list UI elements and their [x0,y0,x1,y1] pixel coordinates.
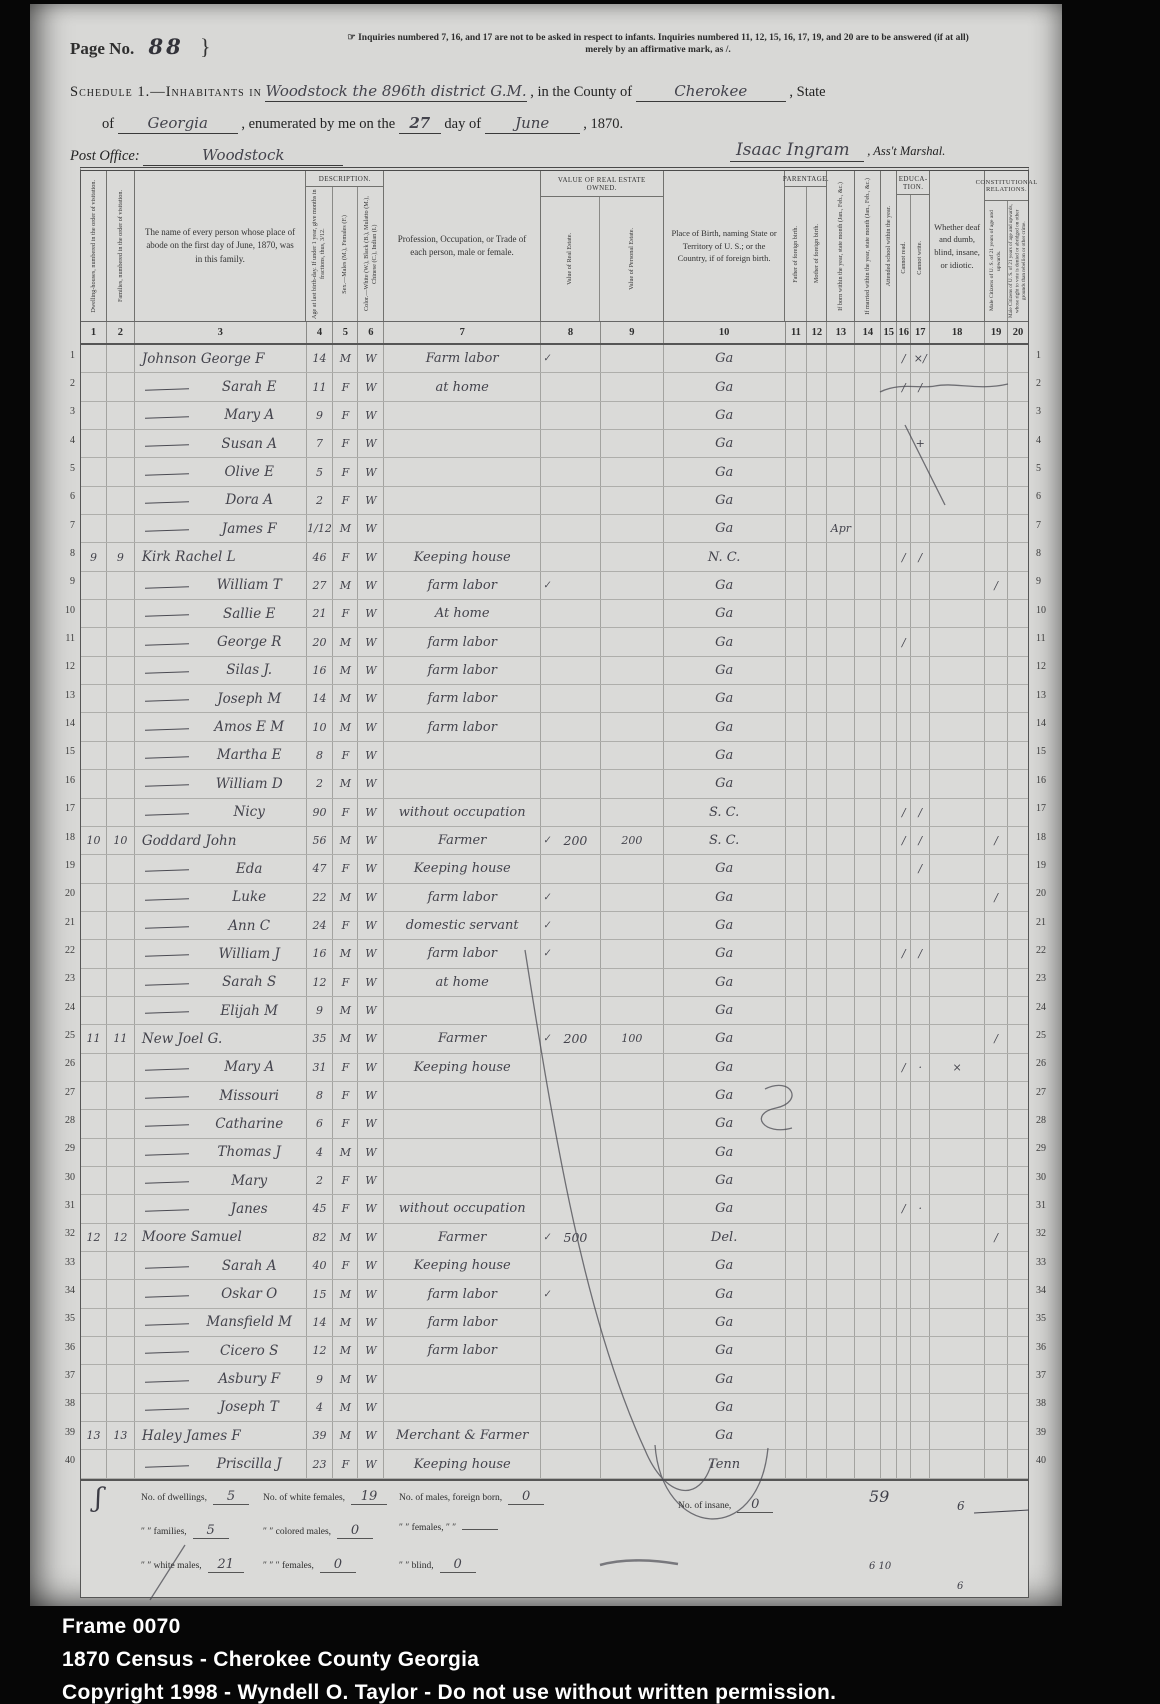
cell-married-month [855,1422,881,1449]
cell-name: Haley James F [135,1422,307,1449]
cell-occupation [384,742,541,769]
cell-age: 27 [307,572,334,599]
cell-cannot-write [911,1337,930,1364]
cell-dwelling [81,1450,107,1477]
cell-attended-school [881,1309,897,1336]
row-number: 16 [1029,766,1055,794]
cell-family [107,912,135,939]
cell-disability [930,997,985,1024]
cell-age: 23 [307,1450,334,1477]
cell-family [107,713,135,740]
cell-sex: F [333,1054,358,1081]
cell-attended-school [881,458,897,485]
cell-cannot-write [911,1394,930,1421]
cell-birthplace: Ga [664,770,786,797]
cell-cannot-write: + [911,430,930,457]
cell-occupation [384,997,541,1024]
cell-name: Janes [135,1195,307,1222]
row-number: 10 [1029,596,1055,624]
cell-cannot-write: · [911,1195,930,1222]
cell-dwelling [81,1195,107,1222]
year-text: , 1870. [583,116,623,132]
column-number: 8 [541,322,601,343]
cell-birthplace: Ga [664,1365,786,1392]
cell-vote-denied [1008,997,1028,1024]
cell-father-foreign [786,1025,808,1052]
cell-personal-estate [601,1139,664,1166]
cell-color: W [358,1054,384,1081]
cell-personal-estate [601,657,664,684]
cell-attended-school [881,997,897,1024]
cell-male-citizen [985,742,1008,769]
cell-vote-denied [1008,770,1028,797]
cell-family [107,1365,135,1392]
gutter-spacer [58,167,80,341]
cell-born-month [827,430,855,457]
cell-birthplace: Ga [664,458,786,485]
cell-mother-foreign [807,1450,827,1477]
group-constitutional-label: Constitutional Relations. [985,171,1028,201]
row-number: 35 [58,1305,80,1333]
cell-birthplace: Ga [664,600,786,627]
ditto-dash [145,444,189,447]
cell-birthplace: Ga [664,345,786,372]
table-row: Joseph T4MWGa [81,1394,1028,1422]
cell-cannot-read [897,1110,911,1137]
column-number: 14 [855,322,881,343]
cell-disability [930,685,985,712]
column-number: 20 [1008,322,1028,343]
cell-family [107,572,135,599]
pointing-hand-icon: ☞ [347,33,356,43]
cell-dwelling [81,657,107,684]
cell-mother-foreign [807,912,827,939]
cell-occupation: Farmer [384,1025,541,1052]
group-parentage: Parentage. Father of foreign birth. Moth… [785,171,827,321]
cell-sex: M [333,345,358,372]
row-number: 40 [1029,1446,1055,1474]
cell-real-estate [541,1195,601,1222]
cell-male-citizen [985,1110,1008,1137]
table-row: 1111New Joel G.35MWFarmer✓200100Ga/ [81,1025,1028,1053]
cell-occupation: farm labor [384,1337,541,1364]
cell-male-citizen: / [985,884,1008,911]
cell-personal-estate [601,1252,664,1279]
cell-family [107,345,135,372]
cell-family [107,1082,135,1109]
cell-vote-denied [1008,487,1028,514]
cell-personal-estate [601,1365,664,1392]
cell-family [107,884,135,911]
cell-family [107,1195,135,1222]
cell-vote-denied [1008,1252,1028,1279]
cell-disability [930,515,985,542]
cell-vote-denied [1008,628,1028,655]
row-number: 3 [58,398,80,426]
cell-dwelling [81,373,107,400]
cell-family [107,657,135,684]
cell-male-citizen [985,1309,1008,1336]
cell-disability [930,1252,985,1279]
cell-cannot-read [897,430,911,457]
cell-birthplace: Ga [664,1252,786,1279]
census-table: Dwelling-houses, numbered in the order o… [80,167,1029,1598]
cell-cannot-read [897,1025,911,1052]
cell-color: W [358,1110,384,1137]
cell-married-month [855,657,881,684]
cell-born-month [827,1450,855,1477]
cell-real-estate [541,628,601,655]
cell-family: 11 [107,1025,135,1052]
cell-personal-estate [601,1110,664,1137]
cell-father-foreign [786,770,808,797]
col-header-18: Whether deaf and dumb, blind, insane, or… [930,171,985,321]
row-number: 14 [1029,709,1055,737]
cell-cannot-write [911,515,930,542]
cell-disability [930,1450,985,1477]
cell-married-month [855,1110,881,1137]
cell-attended-school [881,572,897,599]
cell-father-foreign [786,912,808,939]
ditto-dash [145,643,189,646]
cell-real-estate [541,1394,601,1421]
month-value: June [515,114,549,132]
cell-dwelling [81,799,107,826]
ditto-dash [145,1125,189,1128]
cell-married-month [855,1365,881,1392]
cell-disability [930,430,985,457]
cell-vote-denied [1008,1337,1028,1364]
cell-occupation [384,1110,541,1137]
cell-color: W [358,487,384,514]
cell-disability [930,1365,985,1392]
ditto-dash [145,926,189,929]
cell-vote-denied [1008,345,1028,372]
cell-dwelling [81,572,107,599]
cell-cannot-write [911,1110,930,1137]
column-number: 12 [807,322,827,343]
cell-birthplace: Ga [664,1394,786,1421]
totals-footer: ʃ No. of dwellings,5 ″ ″ families,5 ″ ″ … [81,1479,1028,1597]
state-suffix: , State [789,84,825,100]
col-header-20: Male Citizens of U. S. of 21 years of ag… [1008,201,1028,321]
row-number: 20 [58,880,80,908]
cell-married-month [855,855,881,882]
cell-mother-foreign [807,1082,827,1109]
cell-occupation: without occupation [384,1195,541,1222]
cell-name: New Joel G. [135,1025,307,1052]
cell-name: Catharine [135,1110,307,1137]
cell-birthplace: Ga [664,515,786,542]
cell-birthplace: Ga [664,1167,786,1194]
pencil-mark-6a: 6 [957,1499,965,1513]
row-number: 22 [58,936,80,964]
cell-real-estate [541,770,601,797]
column-number: 13 [827,322,855,343]
cell-color: W [358,1252,384,1279]
cell-male-citizen [985,940,1008,967]
cell-married-month [855,940,881,967]
cell-sex: F [333,430,358,457]
cell-cannot-write [911,628,930,655]
cell-occupation [384,1365,541,1392]
column-header-band: Dwelling-houses, numbered in the order o… [81,171,1028,321]
row-number: 8 [1029,539,1055,567]
row-number: 19 [1029,851,1055,879]
cell-color: W [358,997,384,1024]
cell-male-citizen [985,373,1008,400]
cell-name: Johnson George F [135,345,307,372]
cell-cannot-read [897,657,911,684]
cell-mother-foreign [807,345,827,372]
cell-color: W [358,515,384,542]
page-no-label: Page No. [70,39,134,58]
table-row: Mary A31FWKeeping houseGa/·× [81,1054,1028,1082]
cell-dwelling [81,1280,107,1307]
cell-born-month [827,487,855,514]
cell-cannot-write [911,657,930,684]
row-number-gutter-left: 1234567891011121314151617181920212223242… [58,167,80,1598]
cell-father-foreign [786,1224,808,1251]
cell-disability [930,458,985,485]
cell-dwelling [81,1139,107,1166]
pencil-mark-6b: 6 [957,1581,963,1592]
cell-married-month [855,685,881,712]
ditto-dash [145,501,189,504]
cell-cannot-write [911,600,930,627]
column-number: 6 [358,322,384,343]
cell-vote-denied [1008,855,1028,882]
row-number: 23 [58,965,80,993]
col-header-7: Profession, Occupation, or Trade of each… [384,171,541,321]
cell-dwelling [81,1054,107,1081]
table-row: Susan A7FWGa+ [81,430,1028,458]
cell-cannot-write: / [911,543,930,570]
ditto-dash [145,1408,189,1411]
cell-birthplace: Ga [664,884,786,911]
cell-sex: F [333,1167,358,1194]
cell-born-month [827,345,855,372]
state-blank: Georgia [118,114,238,134]
cell-name: Silas J. [135,657,307,684]
cell-disability [930,628,985,655]
cell-occupation [384,402,541,429]
cell-real-estate [541,799,601,826]
cell-cannot-read: / [897,373,911,400]
column-number: 7 [384,322,541,343]
table-row: Eda47FWKeeping houseGa/ [81,855,1028,883]
cell-color: W [358,1394,384,1421]
cell-personal-estate [601,997,664,1024]
post-office-line: Post Office: Woodstock [70,146,343,166]
enum-text: , enumerated by me on the [241,116,395,132]
cell-born-month [827,912,855,939]
column-number: 9 [601,322,664,343]
cell-cannot-read [897,884,911,911]
cell-mother-foreign [807,855,827,882]
cell-real-estate: ✓ [541,1280,601,1307]
note-line1: Inquiries numbered 7, 16, and 17 are not… [358,33,969,43]
cell-name: Ann C [135,912,307,939]
cell-occupation: farm labor [384,657,541,684]
row-number: 30 [58,1163,80,1191]
cell-male-citizen: / [985,1224,1008,1251]
cell-cannot-read: / [897,799,911,826]
cell-occupation [384,515,541,542]
cell-vote-denied [1008,543,1028,570]
cell-attended-school [881,657,897,684]
cell-male-citizen: / [985,1025,1008,1052]
cell-married-month [855,1082,881,1109]
day-of-label: day of [444,116,481,132]
cell-disability [930,1309,985,1336]
group-constitutional: Constitutional Relations. Male Citizens … [985,171,1028,321]
cell-real-estate [541,1054,601,1081]
table-row: William J16MWfarm labor✓Ga// [81,940,1028,968]
cell-attended-school [881,1195,897,1222]
cell-color: W [358,1422,384,1449]
cell-real-estate: ✓ [541,345,601,372]
cell-real-estate [541,1337,601,1364]
cell-name: Mary A [135,402,307,429]
cell-cannot-read [897,969,911,996]
cell-real-estate [541,373,601,400]
cell-mother-foreign [807,969,827,996]
ditto-dash [145,700,189,703]
cell-occupation [384,458,541,485]
row-number: 29 [58,1135,80,1163]
column-number: 11 [786,322,808,343]
cell-sex: F [333,402,358,429]
cell-mother-foreign [807,515,827,542]
ditto-dash [145,1210,189,1213]
cell-dwelling [81,713,107,740]
cell-cannot-write [911,997,930,1024]
cell-father-foreign [786,742,808,769]
page-number-line: Page No. 88 } [70,34,211,60]
cell-sex: F [333,600,358,627]
cell-name: Sarah S [135,969,307,996]
cell-male-citizen [985,713,1008,740]
cell-age: 16 [307,657,334,684]
cell-real-estate [541,969,601,996]
ditto-dash [145,416,189,419]
row-number: 12 [58,653,80,681]
cell-married-month [855,1252,881,1279]
cell-mother-foreign [807,799,827,826]
cell-family: 12 [107,1224,135,1251]
cell-sex: M [333,997,358,1024]
column-number: 19 [985,322,1008,343]
cell-disability: × [930,1054,985,1081]
col-header-12: Mother of foreign birth. [807,187,827,321]
cell-male-citizen [985,1139,1008,1166]
cell-color: W [358,657,384,684]
cell-attended-school [881,628,897,655]
cell-male-citizen [985,345,1008,372]
cell-mother-foreign [807,1054,827,1081]
cell-male-citizen [985,402,1008,429]
cell-sex: M [333,657,358,684]
cell-birthplace: Ga [664,1337,786,1364]
row-number: 27 [1029,1078,1055,1106]
cell-married-month [855,402,881,429]
cell-personal-estate [601,543,664,570]
cell-sex: F [333,969,358,996]
cell-birthplace: Ga [664,487,786,514]
row-number: 39 [1029,1418,1055,1446]
cell-cannot-read [897,1139,911,1166]
cell-occupation: Keeping house [384,1450,541,1477]
cell-disability [930,855,985,882]
cell-cannot-read [897,487,911,514]
cell-attended-school [881,827,897,854]
cell-male-citizen [985,770,1008,797]
cell-age: 8 [307,1082,334,1109]
cell-born-month [827,1365,855,1392]
cell-attended-school [881,685,897,712]
row-number: 14 [58,709,80,737]
cell-cannot-read [897,402,911,429]
cell-dwelling [81,1110,107,1137]
table-row: William D2MWGa [81,770,1028,798]
cell-cannot-write [911,969,930,996]
ditto-dash [145,1153,189,1156]
cell-occupation: At home [384,600,541,627]
cell-cannot-write [911,1167,930,1194]
ditto-dash [145,388,189,391]
row-number: 10 [58,596,80,624]
cell-father-foreign [786,487,808,514]
ditto-dash [145,728,189,731]
row-number: 27 [58,1078,80,1106]
row-number: 9 [58,568,80,596]
group-education-label: Educa-tion. [897,171,929,195]
cell-male-citizen [985,1450,1008,1477]
cell-color: W [358,827,384,854]
cell-personal-estate [601,1337,664,1364]
cell-age: 8 [307,742,334,769]
cell-male-citizen [985,1422,1008,1449]
cell-cannot-read: / [897,1195,911,1222]
cell-birthplace: S. C. [664,827,786,854]
cell-cannot-write [911,713,930,740]
census-scan-page: Page No. 88 } ☞ Inquiries numbered 7, 16… [30,4,1062,1606]
cell-family: 10 [107,827,135,854]
table-row: Nicy90FWwithout occupationS. C.// [81,799,1028,827]
cell-cannot-read: / [897,628,911,655]
cell-age: 39 [307,1422,334,1449]
cell-vote-denied [1008,969,1028,996]
cell-cannot-write: / [911,827,930,854]
cell-attended-school [881,1167,897,1194]
cell-age: 16 [307,940,334,967]
ditto-dash [145,1096,189,1099]
cell-family [107,1167,135,1194]
cell-male-citizen [985,458,1008,485]
cell-disability [930,1280,985,1307]
cell-mother-foreign [807,572,827,599]
cell-name: Sallie E [135,600,307,627]
ditto-dash [145,955,189,958]
cell-attended-school [881,1337,897,1364]
cell-disability [930,572,985,599]
col-header-3: The name of every person whose place of … [135,171,306,321]
cell-male-citizen [985,1394,1008,1421]
cell-mother-foreign [807,402,827,429]
group-real-estate: Value of Real Estate owned. Value of Rea… [541,171,664,321]
state-value: Georgia [148,114,208,132]
